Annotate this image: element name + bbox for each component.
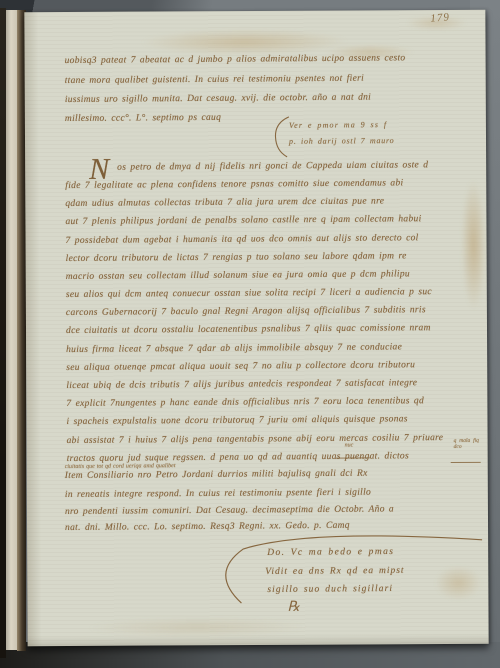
manuscript-line: 7 possidebat dum agebat i humanis ita qd… xyxy=(66,233,419,246)
manuscript-line: os petro de dmya d nij fidelis nri gonci… xyxy=(117,160,428,172)
manuscript-line: in reneatis integre respond. In cuius re… xyxy=(65,488,371,500)
interlinear-insert: nuc xyxy=(345,442,354,449)
manuscript-line: abi assistat 7 i huius 7 alijs pena tang… xyxy=(67,433,444,446)
manuscript-line: ttane mora qualibet guistenti. In cuius … xyxy=(65,74,364,86)
paraph-mark: ℞ xyxy=(287,599,300,616)
folio-number: 179 xyxy=(430,11,450,24)
note-line: sigillo suo duch sigillari xyxy=(267,584,393,595)
manuscript-line: dce ciuitatis ut dcoru osstaliu locatene… xyxy=(66,323,431,336)
manuscript-line: liceat ubiq de dcis tributis 7 alijs jur… xyxy=(66,378,417,391)
strikethrough-mark xyxy=(336,457,370,458)
manuscript-line: qdam udius almutas collectas tributa 7 a… xyxy=(65,196,384,209)
note-line: Vidit ea dns Rx qd ea mipst xyxy=(265,566,404,577)
manuscript-line: 7 explicit 7nungentes p hanc eande dnis … xyxy=(66,396,424,409)
manuscript-line: nro pendenti iussim comuniri. Dat Cesaug… xyxy=(65,504,394,517)
manuscript-line: millesimo. ccc°. L°. septimo ps cauq xyxy=(65,113,221,124)
manuscript-line: huius firma liceat 7 absque 7 qdar ab al… xyxy=(66,342,402,355)
manuscript-line: iussimus uro sigillo munita. Dat cesaug.… xyxy=(65,93,371,105)
manuscript-line: nat. dni. Millo. ccc. Lo. septimo. Resq3… xyxy=(65,521,350,533)
facing-page-edge xyxy=(6,10,17,650)
paper-stain xyxy=(139,29,349,56)
manuscript-line: uobisq3 pateat 7 abeatat ac d jumbo p al… xyxy=(65,53,406,66)
manuscript-line: seu aliqua otuenqe pmcat aliqua uouit se… xyxy=(66,360,415,373)
manuscript-line: fide 7 legalitate ac plena confidens ten… xyxy=(65,178,403,191)
note-line: Do. Vc ma bedo e pmas xyxy=(267,547,394,558)
note-line: Ver e pmor ma 9 ss f xyxy=(289,120,387,130)
manuscript-line: seu alios qui dcm anteq conuecur osstan … xyxy=(66,287,432,300)
manuscript-line: lector dcoru tributoru de lictas 7 rengi… xyxy=(66,251,407,264)
note-line: p. ioh darij ostl 7 mauro xyxy=(289,136,395,146)
manuscript-page: 179 uobisq3 pateat 7 abeatat ac d jumbo … xyxy=(24,10,488,646)
underline-mark xyxy=(451,462,481,463)
manuscript-line: Item Consiliario nro Petro Jordani durri… xyxy=(65,469,368,481)
manuscript-line: macrio osstan seu collectam illud solanu… xyxy=(66,269,410,282)
manuscript-line: carcons Gubernacorij 7 baculo gnal Regni… xyxy=(66,305,426,318)
manuscript-line: aut 7 plenis philipus jordani de penalbs… xyxy=(65,214,421,227)
paper-stain xyxy=(88,617,308,638)
manuscript-line: i spacheis expulstalis uone dcoru tribut… xyxy=(66,414,407,427)
margin-insert: q mala fiq dco xyxy=(454,438,488,450)
paper-stain xyxy=(461,180,486,310)
